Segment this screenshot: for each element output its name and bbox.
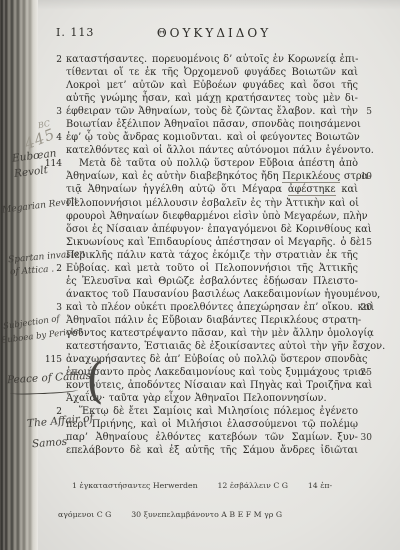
line-number: 15	[358, 237, 372, 250]
text-line: Περικλῆς πάλιν κατὰ τάχος ἐκόμιζε τὴν στ…	[40, 249, 372, 262]
greek-text-segment: κατεστήσαντο, Ἑστιαιᾶς δὲ ἐξοικίσαντες α…	[66, 341, 385, 352]
text-line: παρ’ Ἀθηναίους ἐλθόντες κατεβόων τῶν Σαμ…	[40, 431, 372, 444]
text-line: 2 Εὐβοίας. καὶ μετὰ τοῦτο οἱ Πελοποννήσι…	[40, 262, 372, 275]
greek-text-segment: Ἀθηναίων, καὶ ἐς αὐτὴν διαβεβηκότος ἤδη	[66, 171, 282, 182]
greek-text-line: Ἕκτῳ δὲ ἔτει Σαμίοις καὶ Μιλησίοις πόλεμ…	[66, 405, 358, 418]
text-line: 3 καὶ τὸ πλέον οὐκέτι προελθόντες ἀπεχώρ…	[40, 301, 372, 314]
text-line: Πελοποννήσιοι μέλλουσιν ἐσβαλεῖν ἐς τὴν …	[40, 197, 372, 210]
greek-text-line: Σικυωνίους καὶ Ἐπιδαυρίους ἀπέστησαν οἱ …	[66, 236, 358, 249]
greek-text-segment: τιᾷ Ἀθηναίων ἠγγέλθη αὐτῷ ὅτι Μέγαρα	[66, 184, 288, 195]
greek-text-segment: Ἕκτῳ δὲ ἔτει Σαμίοις καὶ Μιλησίοις πόλεμ…	[79, 406, 358, 417]
running-title: ΘΟΥΚΥΔΙΔΟΥ	[38, 26, 390, 40]
greek-text-segment: τίθενται οἵ τε ἐκ τῆς Ὀρχομενοῦ φυγάδες …	[66, 67, 358, 78]
greek-text-segment: επελάβοντο δὲ καὶ ἐξ αὐτῆς τῆς Σάμου ἄνδ…	[66, 445, 358, 456]
greek-text-line: Βοιωτίαν ἐξέλιπον Ἀθηναῖοι πᾶσαν, σπονδὰ…	[66, 118, 358, 131]
greek-text-line: καὶ τὸ πλέον οὐκέτι προελθόντες ἀπεχώρησ…	[66, 301, 358, 314]
pencil-underlined-word: ἀφέστηκε	[288, 184, 336, 196]
greek-text-segment: παρ’ Ἀθηναίους ἐλθόντες κατεβόων τῶν Σαμ…	[66, 432, 358, 443]
greek-text-line: κατελθόντες καὶ οἱ ἄλλοι πάντες αὐτόνομο…	[66, 144, 358, 157]
greek-text-line: καταστήσαντες. πορευομένοις δ’ αὐτοῖς ἐν…	[66, 53, 358, 66]
greek-text-line: ἐποιήσαντο πρὸς Λακεδαιμονίους καὶ τοὺς …	[66, 366, 358, 379]
greek-text-line: γοῦντος κατεστρέψαντο πᾶσαν, καὶ τὴν μὲν…	[66, 327, 358, 340]
greek-text-line: Περικλῆς πάλιν κατὰ τάχος ἐκόμιζε τὴν στ…	[66, 249, 358, 262]
greek-text-line: ἐς Ἐλευσῖνα καὶ Θριῶζε ἐσβαλόντες ἐδῄωσα…	[66, 275, 358, 288]
greek-text-segment: άνακτος τοῦ Παυσανίου βασιλέως Λακεδαιμο…	[66, 289, 380, 300]
greek-text-line: Ἀχαΐαν· ταῦτα γὰρ εἶχον Ἀθηναῖοι Πελοπον…	[66, 392, 358, 405]
text-line: αὐτῆς γνώμης ἦσαν, καὶ μάχῃ κρατήσαντες …	[40, 92, 372, 105]
book-page-scan: { "colors":{"paper":"#e9e8e4","ink":"#2b…	[0, 0, 400, 550]
greek-text-segment: κοντούτεις, ἀποδόντες Νίσαιαν καὶ Πηγὰς …	[66, 380, 372, 391]
greek-text-line: αὐτῆς γνώμης ἦσαν, καὶ μάχῃ κρατήσαντες …	[66, 92, 358, 105]
text-line: Βοιωτίαν ἐξέλιπον Ἀθηναῖοι πᾶσαν, σπονδὰ…	[40, 118, 372, 131]
section-number: 3	[40, 302, 62, 315]
greek-text-line: Εὐβοίας. καὶ μετὰ τοῦτο οἱ Πελοποννήσιοι…	[66, 262, 358, 275]
greek-text-segment: Λοκροὶ μετ’ αὐτῶν καὶ Εὐβοέων φυγάδες κα…	[66, 80, 358, 91]
text-line: Ἀθηναίων, καὶ ἐς αὐτὴν διαβεβηκότος ἤδη …	[40, 170, 372, 183]
text-line: ὅσοι ἐς Νίσαιαν ἀπέφυγον· ἐπαγαγόμενοι δ…	[40, 223, 372, 236]
greek-text-line: Ἀθηναίων, καὶ ἐς αὐτὴν διαβεβηκότος ἤδη …	[66, 170, 358, 183]
apparatus-line-2: αγόμενοι C G 30 ξυνεπελαμβάνοντο A B E F…	[58, 510, 360, 520]
section-number: 115	[40, 354, 62, 367]
line-number: 10	[358, 171, 372, 184]
greek-text-segment: Ἀθηναῖοι πάλιν ἐς Εὔβοιαν διαβάντες Περι…	[66, 315, 361, 326]
greek-text-line: Ἀθηναῖοι πάλιν ἐς Εὔβοιαν διαβάντες Περι…	[66, 314, 358, 327]
line-number: 25	[358, 367, 372, 380]
greek-text-line: παρ’ Ἀθηναίους ἐλθόντες κατεβόων τῶν Σαμ…	[66, 431, 358, 444]
greek-text-line: φρουροὶ Ἀθηναίων διεφθαρμένοι εἰσὶν ὑπὸ …	[66, 210, 358, 223]
greek-text-segment: ἐς Ἐλευσῖνα καὶ Θριῶζε ἐσβαλόντες ἐδῄωσα…	[66, 276, 358, 287]
pencil-underlined-word: Περικλέους	[282, 171, 340, 183]
greek-text-segment: φρουροὶ Ἀθηναίων διεφθαρμένοι εἰσὶν ὑπὸ …	[66, 211, 368, 222]
greek-text-segment: έφθειραν τῶν Ἀθηναίων, τοὺς δὲ ζῶντας ἔλ…	[66, 106, 358, 117]
greek-text-segment: αὐτῆς γνώμης ἦσαν, καὶ μάχῃ κρατήσαντες …	[66, 93, 358, 104]
greek-text-segment: Περικλῆς πάλιν κατὰ τάχος ἐκόμιζε τὴν στ…	[66, 250, 358, 261]
greek-text-line: ἐφ’ ᾧ τοὺς ἄνδρας κομιοῦνται. καὶ οἱ φεύ…	[66, 131, 358, 144]
greek-text-segment: καὶ τὸ πλέον οὐκέτι προελθόντες ἀπεχώρησ…	[66, 302, 374, 313]
text-line: 2 καταστήσαντες. πορευομένοις δ’ αὐτοῖς …	[40, 53, 372, 66]
section-number: 3	[40, 106, 62, 119]
greek-text-segment: καταστήσαντες. πορευομένοις δ’ αὐτοῖς ἐν…	[66, 54, 358, 65]
line-number: 30	[358, 432, 372, 445]
greek-text-segment: περὶ Πριήνης, καὶ οἱ Μιλήσιοι ἐλασσούμεν…	[66, 419, 358, 430]
text-line: κατελθόντες καὶ οἱ ἄλλοι πάντες αὐτόνομο…	[40, 144, 372, 157]
greek-text-line: άνακτος τοῦ Παυσανίου βασιλέως Λακεδαιμο…	[66, 288, 358, 301]
greek-text-segment: ἀναχωρήσαντες δὲ ἀπ’ Εὐβοίας οὐ πολλῷ ὕσ…	[66, 354, 368, 365]
greek-text-segment: ἐποιήσαντο πρὸς Λακεδαιμονίους καὶ τοὺς …	[66, 367, 368, 378]
text-line: Λοκροὶ μετ’ αὐτῶν καὶ Εὐβοέων φυγάδες κα…	[40, 79, 372, 92]
margin-note-affair-of-samos-line2: Samos	[32, 436, 68, 450]
greek-text-line: Μετὰ δὲ ταῦτα οὐ πολλῷ ὕστερον Εὔβοια ἀπ…	[66, 157, 358, 170]
greek-text-line: Πελοποννήσιοι μέλλουσιν ἐσβαλεῖν ἐς τὴν …	[66, 197, 358, 210]
page-header: I. 113 ΘΟΥΚΥΔΙΔΟΥ	[38, 26, 390, 42]
critical-apparatus: 1 ἐγκαταστήσαντες Herwerden 12 ἐσβάλλειν…	[58, 462, 360, 529]
greek-text-line: έφθειραν τῶν Ἀθηναίων, τοὺς δὲ ζῶντας ἔλ…	[66, 105, 358, 118]
text-line: ἐς Ἐλευσῖνα καὶ Θριῶζε ἐσβαλόντες ἐδῄωσα…	[40, 275, 372, 288]
text-line: Σικυωνίους καὶ Ἐπιδαυρίους ἀπέστησαν οἱ …	[40, 236, 372, 249]
greek-text-line: ὅσοι ἐς Νίσαιαν ἀπέφυγον· ἐπαγαγόμενοι δ…	[66, 223, 358, 236]
greek-text-line: κατεστήσαντο, Ἑστιαιᾶς δὲ ἐξοικίσαντες α…	[66, 340, 358, 353]
greek-text-segment: Ἀχαΐαν· ταῦτα γὰρ εἶχον Ἀθηναῖοι Πελοπον…	[66, 393, 327, 404]
greek-text-line: τιᾷ Ἀθηναίων ἠγγέλθη αὐτῷ ὅτι Μέγαρα ἀφέ…	[66, 183, 358, 196]
section-number: 2	[40, 54, 62, 67]
greek-text-segment: Βοιωτίαν ἐξέλιπον Ἀθηναῖοι πᾶσαν, σπονδὰ…	[66, 119, 361, 130]
greek-text-segment: Μετὰ δὲ ταῦτα οὐ πολλῷ ὕστερον Εὔβοια ἀπ…	[79, 158, 358, 169]
margin-bracket: (	[86, 356, 104, 404]
text-line: τίθενται οἵ τε ἐκ τῆς Ὀρχομενοῦ φυγάδες …	[40, 66, 372, 79]
greek-text-segment: κατελθόντες καὶ οἱ ἄλλοι πάντες αὐτόνομο…	[66, 145, 374, 156]
text-line: επελάβοντο δὲ καὶ ἐξ αὐτῆς τῆς Σάμου ἄνδ…	[40, 444, 372, 457]
greek-text-line: περὶ Πριήνης, καὶ οἱ Μιλήσιοι ἐλασσούμεν…	[66, 418, 358, 431]
greek-text-segment: Σικυωνίους καὶ Ἐπιδαυρίους ἀπέστησαν οἱ …	[66, 237, 361, 248]
line-number: 5	[358, 106, 372, 119]
text-line: 3 έφθειραν τῶν Ἀθηναίων, τοὺς δὲ ζῶντας …	[40, 105, 372, 118]
greek-text-line: επελάβοντο δὲ καὶ ἐξ αὐτῆς τῆς Σάμου ἄνδ…	[66, 444, 358, 457]
greek-text-segment: καὶ	[336, 184, 358, 195]
greek-text-line: Λοκροὶ μετ’ αὐτῶν καὶ Εὐβοέων φυγάδες κα…	[66, 79, 358, 92]
text-line: 114 Μετὰ δὲ ταῦτα οὐ πολλῷ ὕστερον Εὔβοι…	[40, 157, 372, 170]
text-line: 4 ἐφ’ ᾧ τοὺς ἄνδρας κομιοῦνται. καὶ οἱ φ…	[40, 131, 372, 144]
text-line: Ἀθηναῖοι πάλιν ἐς Εὔβοιαν διαβάντες Περι…	[40, 314, 372, 327]
text-line: άνακτος τοῦ Παυσανίου βασιλέως Λακεδαιμο…	[40, 288, 372, 301]
greek-text-segment: Εὐβοίας. καὶ μετὰ τοῦτο οἱ Πελοποννήσιοι…	[66, 263, 358, 274]
greek-text-segment: ὅσοι ἐς Νίσαιαν ἀπέφυγον· ἐπαγαγόμενοι δ…	[66, 224, 372, 235]
greek-text-line: τίθενται οἵ τε ἐκ τῆς Ὀρχομενοῦ φυγάδες …	[66, 66, 358, 79]
greek-text-line: κοντούτεις, ἀποδόντες Νίσαιαν καὶ Πηγὰς …	[66, 379, 358, 392]
greek-text-segment: Πελοποννήσιοι μέλλουσιν ἐσβαλεῖν ἐς τὴν …	[66, 198, 359, 209]
greek-text-segment: γοῦντος κατεστρέψαντο πᾶσαν, καὶ τὴν μὲν…	[66, 328, 374, 339]
apparatus-line-1: 1 ἐγκαταστήσαντες Herwerden 12 ἐσβάλλειν…	[58, 481, 360, 491]
greek-text-segment: ἐφ’ ᾧ τοὺς ἄνδρας κομιοῦνται. καὶ οἱ φεύ…	[66, 132, 360, 143]
text-line: τιᾷ Ἀθηναίων ἠγγέλθη αὐτῷ ὅτι Μέγαρα ἀφέ…	[40, 183, 372, 196]
line-number: 20	[358, 302, 372, 315]
text-line: φρουροὶ Ἀθηναίων διεφθαρμένοι εἰσὶν ὑπὸ …	[40, 210, 372, 223]
greek-text-line: ἀναχωρήσαντες δὲ ἀπ’ Εὐβοίας οὐ πολλῷ ὕσ…	[66, 353, 358, 366]
text-line: γοῦντος κατεστρέψαντο πᾶσαν, καὶ τὴν μὲν…	[40, 327, 372, 340]
